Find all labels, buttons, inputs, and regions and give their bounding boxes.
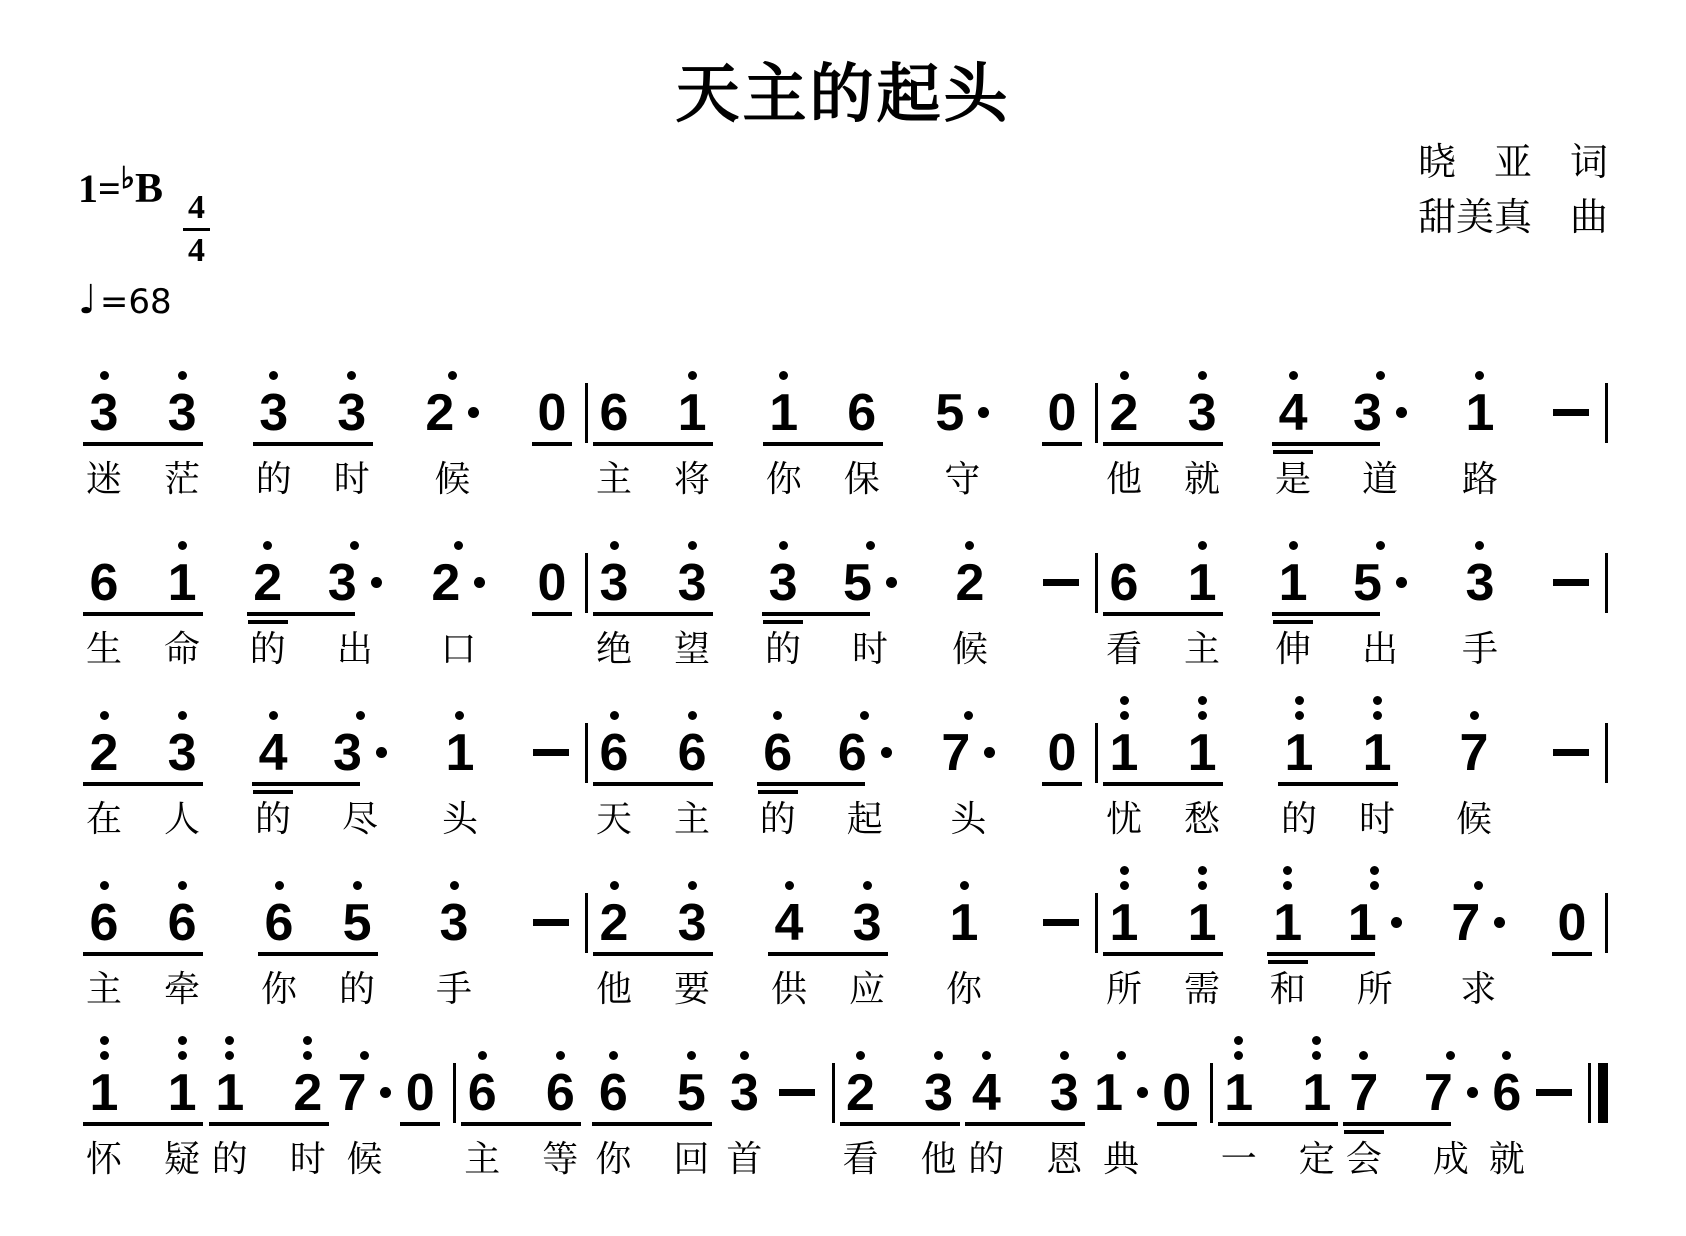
octave-dot (1117, 1051, 1126, 1060)
octave-dot (1283, 866, 1292, 875)
note: 1你 (766, 350, 802, 500)
digit-row: 6 (763, 724, 792, 782)
note: 2的 (250, 520, 286, 670)
composer-credit: 甜美真 曲 (1418, 191, 1608, 246)
note-digit: 1 (1285, 724, 1314, 782)
digit-row (1553, 384, 1589, 442)
digit-row: 6 (838, 724, 892, 782)
note: 4的 (255, 690, 291, 840)
digit-row: 1 (90, 1064, 119, 1122)
note-digit: 2 (253, 554, 282, 612)
rest-note: 0 (535, 520, 569, 670)
note: 3的 (765, 520, 801, 670)
note-group (1536, 1030, 1572, 1180)
note-group (1553, 350, 1589, 500)
measure: 1一1定7会7成6就 (1213, 1030, 1588, 1180)
note-digit: 5 (1353, 554, 1382, 612)
lyric-char: 绝 (596, 628, 632, 670)
octave-dots (740, 1030, 749, 1064)
octave-dots (773, 690, 782, 724)
note-digit: 1 (1110, 724, 1139, 782)
key-prefix: 1= (78, 166, 121, 211)
note-group: 2他3要 (596, 860, 710, 1010)
note-group: 3绝3望 (596, 520, 710, 670)
note-digit: 6 (265, 894, 294, 952)
note: 6就 (1489, 1030, 1525, 1180)
sixteenth-underline (1268, 960, 1308, 964)
note: 5出 (1353, 520, 1407, 670)
digit-row: 6 (599, 1064, 628, 1122)
lyric-char: 所 (1106, 968, 1142, 1010)
note-digit: 1 (1224, 1064, 1253, 1122)
octave-dot (1198, 371, 1207, 380)
octave-dot (610, 541, 619, 550)
note-digit: 3 (328, 554, 357, 612)
digit-row: 1 (215, 1064, 244, 1122)
octave-dot (779, 371, 788, 380)
note-group: 3手 (1462, 520, 1498, 670)
digit-row: 6 (600, 724, 629, 782)
octave-dots (1117, 1030, 1126, 1064)
note-digit: 1 (1273, 894, 1302, 952)
octave-dots (1373, 690, 1382, 724)
tempo-marking: ♩=68 (78, 280, 210, 320)
rest-note: 0 (535, 350, 569, 500)
octave-dot (1198, 711, 1207, 720)
sixteenth-underline (758, 790, 798, 794)
note: 3时 (334, 350, 370, 500)
note-digit: 1 (1466, 384, 1495, 442)
lyric-char: 道 (1362, 458, 1398, 500)
octave-dot (610, 881, 619, 890)
note: 6主 (464, 1030, 500, 1180)
note: 2他 (1106, 350, 1142, 500)
dash-glyph (1553, 749, 1589, 756)
lyric-char: 所 (1357, 968, 1393, 1010)
octave-dot (1198, 541, 1207, 550)
octave-dots (178, 1030, 187, 1064)
note-group: 1一1定 (1221, 1030, 1335, 1180)
note-group: 6主1将 (596, 350, 710, 500)
score-header: 1=♭B44 ♩=68 晓 亚 词 甜美真 曲 (78, 136, 1608, 320)
octave-dots (1283, 860, 1292, 894)
octave-dots (353, 860, 362, 894)
octave-dot (1289, 541, 1298, 550)
digit-row: 3 (328, 554, 382, 612)
octave-dot (1370, 881, 1379, 890)
lyric-char: 牵 (164, 968, 200, 1010)
note-group: 6看1主 (1106, 520, 1220, 670)
note-group: 1你6保 (766, 350, 880, 500)
lyric-char: 你 (946, 968, 982, 1010)
note-group: 3迷3茫 (86, 350, 200, 500)
digit-row: 1 (1279, 554, 1308, 612)
octave-dot (303, 1051, 312, 1060)
note-group (1043, 860, 1079, 1010)
beam-underline (762, 612, 870, 616)
octave-dots (688, 860, 697, 894)
digit-row: 7 (1460, 724, 1489, 782)
note-group: 6天6主 (596, 690, 710, 840)
extension-dash (533, 690, 569, 840)
song-title: 天主的起头 (78, 0, 1608, 132)
octave-dots (178, 350, 187, 384)
lyric-char: 手 (1462, 628, 1498, 670)
lyric-char: 的 (250, 628, 286, 670)
note-digit: 3 (1050, 1064, 1079, 1122)
lyric-char: 等 (542, 1138, 578, 1180)
note: 3望 (674, 520, 710, 670)
digit-row: 0 (538, 384, 567, 442)
lyric-char: 将 (674, 458, 710, 500)
digit-row: 1 (168, 554, 197, 612)
lyric-char: 候 (347, 1138, 383, 1180)
credits-block: 晓 亚 词 甜美真 曲 (1418, 136, 1608, 246)
dash-glyph (1043, 579, 1079, 586)
sixteenth-underline (763, 620, 803, 624)
octave-dots (964, 690, 973, 724)
quarter-note-icon: ♩ (78, 277, 97, 323)
beam-underline (593, 782, 713, 786)
digit-row: 1 (1273, 894, 1302, 952)
note-group: 6的6起 (760, 690, 892, 840)
lyric-char: 求 (1460, 968, 1496, 1010)
note: 4供 (771, 860, 807, 1010)
beam-underline (252, 782, 360, 786)
digit-row (533, 724, 569, 782)
note: 3绝 (596, 520, 632, 670)
octave-dot (1446, 1051, 1455, 1060)
note-group (1553, 520, 1589, 670)
note: 3应 (849, 860, 885, 1010)
note-group: 6你5回 (595, 1030, 709, 1180)
digit-row: 2 (253, 554, 282, 612)
octave-dot (1475, 541, 1484, 550)
octave-dot (1283, 881, 1292, 890)
octave-dot (303, 1036, 312, 1045)
note-digit: 3 (769, 554, 798, 612)
note-digit: 6 (847, 384, 876, 442)
note-group: 6就 (1489, 1030, 1525, 1180)
staff-line: 3迷3茫3的3时2候06主1将1你6保5守02他3就4是3道1路 (78, 350, 1608, 500)
digit-row: 1 (446, 724, 475, 782)
beam-underline (1103, 442, 1223, 446)
lyric-char: 他 (921, 1138, 957, 1180)
note-group: 4的3恩 (968, 1030, 1082, 1180)
augmentation-dot (1494, 917, 1505, 928)
octave-dot (1312, 1036, 1321, 1045)
digit-row: 3 (1466, 554, 1495, 612)
note-digit: 3 (924, 1064, 953, 1122)
key-tonic: B (135, 166, 163, 212)
note: 6起 (838, 690, 892, 840)
augmentation-dot (371, 577, 382, 588)
digit-row: 1 (1302, 1064, 1331, 1122)
octave-dot (688, 881, 697, 890)
beam-underline (532, 612, 572, 616)
octave-dots (178, 520, 187, 554)
sixteenth-underline (248, 620, 288, 624)
augmentation-dot (978, 407, 989, 418)
octave-dots (556, 1030, 565, 1064)
octave-dots (178, 690, 187, 724)
octave-dots (610, 690, 619, 724)
note-digit: 3 (600, 554, 629, 612)
octave-dots (1502, 1030, 1511, 1064)
beam-underline (258, 952, 378, 956)
digit-row: 5 (843, 554, 897, 612)
note: 3人 (164, 690, 200, 840)
lyric-char: 疑 (164, 1138, 200, 1180)
beam-underline (763, 442, 883, 446)
note-group: 2看3他 (843, 1030, 957, 1180)
octave-dots (688, 690, 697, 724)
augmentation-dot (1396, 407, 1407, 418)
note: 3要 (674, 860, 710, 1010)
octave-dot (178, 1036, 187, 1045)
note: 1将 (674, 350, 710, 500)
octave-dot (1060, 1051, 1069, 1060)
barline (1605, 893, 1608, 953)
final-bar-thin (1588, 1063, 1591, 1123)
octave-dot (1474, 881, 1483, 890)
digit-row: 6 (1492, 1064, 1521, 1122)
lyric-char: 首 (726, 1138, 762, 1180)
note-group: 0 (1160, 1030, 1194, 1180)
digit-row: 0 (538, 554, 567, 612)
digit-row: 2 (425, 384, 479, 442)
octave-dot (1475, 371, 1484, 380)
octave-dot (1120, 371, 1129, 380)
octave-dots (178, 860, 187, 894)
note-digit: 0 (538, 554, 567, 612)
extension-dash (1043, 860, 1079, 1010)
beam-underline (1103, 952, 1223, 956)
digit-row: 4 (1279, 384, 1308, 442)
octave-dots (1376, 520, 1385, 554)
note-digit: 2 (431, 554, 460, 612)
octave-dot (275, 881, 284, 890)
note: 1定 (1299, 1030, 1335, 1180)
digit-row: 3 (168, 724, 197, 782)
octave-dot (1295, 711, 1304, 720)
note-digit: 1 (90, 1064, 119, 1122)
note-digit: 6 (468, 1064, 497, 1122)
lyric-char: 起 (847, 798, 883, 840)
note: 3手 (1462, 520, 1498, 670)
note: 2在 (86, 690, 122, 840)
note: 1时 (1359, 690, 1395, 840)
note-group: 3手 (436, 860, 472, 1010)
octave-dots (1295, 690, 1304, 724)
octave-dots (785, 860, 794, 894)
augmentation-dot (380, 1087, 391, 1098)
octave-dot (269, 711, 278, 720)
dash-glyph (533, 749, 569, 756)
rest-note: 0 (403, 1030, 437, 1180)
octave-dot (1120, 881, 1129, 890)
note: 6你 (595, 1030, 631, 1180)
key-signature: 1=♭B44 (78, 164, 210, 268)
lyric-char: 的 (255, 798, 291, 840)
lyric-char: 手 (436, 968, 472, 1010)
note-group: 4供3应 (771, 860, 885, 1010)
note: 1疑 (164, 1030, 200, 1180)
note-digit: 2 (846, 1064, 875, 1122)
octave-dot (448, 371, 457, 380)
lyric-char: 的 (760, 798, 796, 840)
note-digit: 2 (293, 1064, 322, 1122)
lyric-char: 在 (86, 798, 122, 840)
note: 2时 (290, 1030, 326, 1180)
measure: 6主6等6你5回3首 (456, 1030, 831, 1180)
lyric-char: 供 (771, 968, 807, 1010)
octave-dot (1359, 1051, 1368, 1060)
note-digit: 4 (259, 724, 288, 782)
octave-dots (1359, 1030, 1368, 1064)
tempo-value: =68 (100, 282, 172, 322)
digit-row: 7 (1451, 894, 1505, 952)
note-digit: 1 (1302, 1064, 1331, 1122)
digit-row: 7 (1424, 1064, 1478, 1122)
octave-dots (100, 690, 109, 724)
note: 6主 (674, 690, 710, 840)
barline (1605, 723, 1608, 783)
digit-row: 5 (935, 384, 989, 442)
digit-row (1553, 724, 1589, 782)
octave-dots (269, 350, 278, 384)
note: 6的 (760, 690, 796, 840)
note: 7成 (1424, 1030, 1478, 1180)
octave-dot (225, 1036, 234, 1045)
barline (1605, 383, 1608, 443)
digit-row: 7 (338, 1064, 392, 1122)
beam-underline (1272, 612, 1380, 616)
octave-dots (303, 1030, 312, 1064)
note-group: 6生1命 (86, 520, 200, 670)
octave-dots (1475, 350, 1484, 384)
digit-row: 3 (769, 554, 798, 612)
octave-dots (1198, 690, 1207, 724)
note: 5的 (339, 860, 375, 1010)
octave-dots (1198, 350, 1207, 384)
octave-dots (100, 1030, 109, 1064)
lyric-char: 候 (434, 458, 470, 500)
octave-dot (982, 1051, 991, 1060)
digit-row: 6 (90, 894, 119, 952)
note: 1主 (1184, 520, 1220, 670)
octave-dot (178, 881, 187, 890)
note: 3他 (921, 1030, 957, 1180)
lyric-char: 你 (766, 458, 802, 500)
lyric-char: 时 (1359, 798, 1395, 840)
octave-dots (360, 1030, 369, 1064)
digit-row: 0 (1048, 724, 1077, 782)
note-digit: 4 (972, 1064, 1001, 1122)
lyric-char: 需 (1184, 968, 1220, 1010)
beam-underline (1157, 1122, 1197, 1126)
lyric-char: 天 (596, 798, 632, 840)
note: 2他 (596, 860, 632, 1010)
octave-dots (866, 520, 875, 554)
octave-dot (1289, 371, 1298, 380)
digit-row: 6 (678, 724, 707, 782)
rest-note: 0 (1160, 1030, 1194, 1180)
octave-dots (263, 520, 272, 554)
lyric-char: 主 (1184, 628, 1220, 670)
note-digit: 5 (935, 384, 964, 442)
note-digit: 0 (538, 384, 567, 442)
note: 7候 (338, 1030, 392, 1180)
note-digit: 1 (1348, 894, 1377, 952)
dash-glyph (1553, 579, 1589, 586)
digit-row: 3 (440, 894, 469, 952)
note: 6主 (86, 860, 122, 1010)
lyric-char: 时 (290, 1138, 326, 1180)
digit-row: 6 (1110, 554, 1139, 612)
lyric-char: 的 (968, 1138, 1004, 1180)
beam-underline (253, 442, 373, 446)
note-group: 2在3人 (86, 690, 200, 840)
beam-underline (757, 782, 865, 786)
augmentation-dot (1137, 1087, 1148, 1098)
rest-note: 0 (1555, 860, 1589, 1010)
note: 3首 (726, 1030, 762, 1180)
octave-dots (1289, 520, 1298, 554)
lyric-char: 主 (596, 458, 632, 500)
beam-underline (83, 952, 203, 956)
note-digit: 3 (333, 724, 362, 782)
flat-sign-icon: ♭ (121, 162, 135, 195)
note: 1的 (212, 1030, 248, 1180)
beam-underline (209, 1122, 329, 1126)
digit-row: 3 (1188, 384, 1217, 442)
note-digit: 2 (1110, 384, 1139, 442)
octave-dot (360, 1051, 369, 1060)
digit-row: 1 (1188, 894, 1217, 952)
note-group (533, 860, 569, 1010)
dash-glyph (1043, 919, 1079, 926)
digit-row: 6 (847, 384, 876, 442)
lyric-char: 的 (339, 968, 375, 1010)
lyric-char: 他 (1106, 458, 1142, 500)
note-group: 7头 (941, 690, 995, 840)
note: 6天 (596, 690, 632, 840)
digit-row: 3 (1353, 384, 1407, 442)
digit-row: 6 (265, 894, 294, 952)
lyric-char: 愁 (1184, 798, 1220, 840)
lyric-char: 迷 (86, 458, 122, 500)
note: 3茫 (164, 350, 200, 500)
note-digit: 0 (1558, 894, 1587, 952)
digit-row (1043, 554, 1079, 612)
note-group: 1的1时 (1281, 690, 1395, 840)
lyric-char: 命 (164, 628, 200, 670)
augmentation-dot (468, 407, 479, 418)
note: 1忧 (1106, 690, 1142, 840)
note-digit: 3 (853, 894, 882, 952)
octave-dots (448, 350, 457, 384)
note-digit: 3 (1188, 384, 1217, 442)
measure: 2他3就4是3道1路 (1098, 350, 1605, 500)
note: 6你 (261, 860, 297, 1010)
note-group: 0 (535, 350, 569, 500)
lyric-char: 出 (337, 628, 373, 670)
octave-dot (1376, 371, 1385, 380)
note-digit: 1 (1188, 724, 1217, 782)
octave-dots (688, 350, 697, 384)
staff-line: 6主6牵6你5的3手2他3要4供3应1你1所1需1和1所7求0 (78, 860, 1608, 1010)
